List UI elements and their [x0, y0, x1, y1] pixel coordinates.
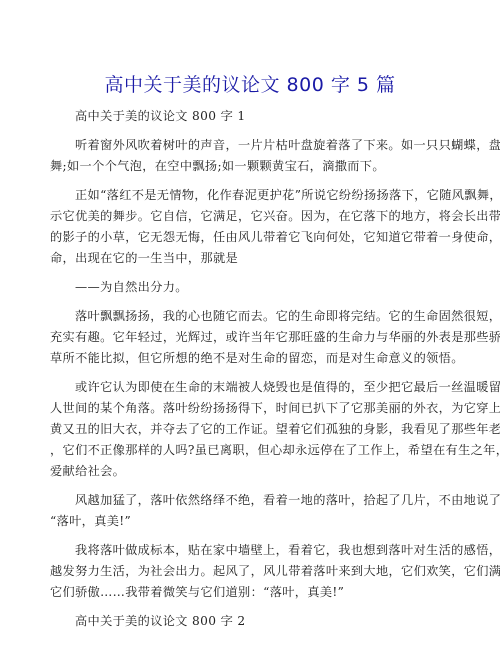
paragraph-line: 舞;如一个个气泡，在空中飘扬;如一颗颗黄宝石，滴撒而下。 [50, 156, 460, 177]
paragraph-line: ，它们不正像那样的人吗?虽已离职，但心却永远停在了工作上，希望在有生之年，把 [50, 440, 460, 461]
paragraph: 风越加猛了，落叶依然络绎不绝，看着一地的落叶，拾起了几片，不由地说了声： “落叶… [50, 490, 460, 532]
document-page: 高中关于美的议论文 800 字 5 篇 高中关于美的议论文 800 字 1 听着… [0, 0, 500, 647]
paragraph-line: 我将落叶做成标本，贴在家中墙壁上，看着它，我也想到落叶对生活的感悟，让我 [50, 540, 460, 561]
paragraph-line: 或许它认为即使在生命的末端被人烧毁也是值得的，至少把它最后一丝温暖留在了 [50, 377, 460, 398]
paragraph: 我将落叶做成标本，贴在家中墙壁上，看着它，我也想到落叶对生活的感悟，让我 越发努… [50, 540, 460, 603]
paragraph-line: 落叶飘飘扬扬，我的心也随它而去。它的生命即将完结。它的生命固然很短，但却 [50, 306, 460, 327]
paragraph-line: 人世间的某个角落。落叶纷纷扬扬得下，时间已扒下了它那美丽的外衣，为它穿上了又 [50, 398, 460, 419]
paragraph-line: 草所不能比拟，但它所想的绝不是对生命的留恋，而是对生命意义的领悟。 [50, 348, 460, 369]
paragraph-line: 风越加猛了，落叶依然络绎不绝，看着一地的落叶，拾起了几片，不由地说了声： [50, 490, 460, 511]
paragraph-line: ——为自然出分力。 [50, 277, 460, 298]
paragraph: 或许它认为即使在生命的末端被人烧毁也是值得的，至少把它最后一丝温暖留在了 人世间… [50, 377, 460, 482]
paragraph-line: 的影子的小草，它无怨无悔，任由风儿带着它飞向何处，它知道它带着一身使命，这使 [50, 227, 460, 248]
paragraph-line: 黄又丑的旧大衣，并夺去了它的工作证。望着它们孤独的身影，我看见了那些年老的人 [50, 419, 460, 440]
document-title: 高中关于美的议论文 800 字 5 篇 [0, 70, 500, 97]
paragraph-line: 正如“落红不是无情物，化作春泥更护花”所说它纷纷扬扬落下，它随风飘舞，展 [50, 185, 460, 206]
paragraph-line: 示它优美的舞步。它自信，它满足，它兴奋。因为，在它落下的地方，将会长出带着它 [50, 206, 460, 227]
paragraph-line: 充实有趣。它年轻过，光辉过，或许当年它那旺盛的生命力与华丽的外表是那些骄花贵 [50, 327, 460, 348]
paragraph-line: 爱献给社会。 [50, 461, 460, 482]
section-heading-text: 高中关于美的议论文 800 字 1 [50, 106, 460, 127]
paragraph-line: 它们骄傲……我带着微笑与它们道别：“落叶，真美!” [50, 582, 460, 603]
paragraph: 正如“落红不是无情物，化作春泥更护花”所说它纷纷扬扬落下，它随风飘舞，展 示它优… [50, 185, 460, 269]
paragraph: 落叶飘飘扬扬，我的心也随它而去。它的生命即将完结。它的生命固然很短，但却 充实有… [50, 306, 460, 369]
document-body: 高中关于美的议论文 800 字 1 听着窗外风吹着树叶的声音，一片片枯叶盘旋着落… [50, 106, 460, 640]
section-heading: 高中关于美的议论文 800 字 2 [50, 611, 460, 632]
section-heading: 高中关于美的议论文 800 字 1 [50, 106, 460, 127]
paragraph-line: 越发努力生活，为社会出力。起风了，风儿带着落叶来到大地，它们欢笑，它们满足， [50, 561, 460, 582]
section-heading-text: 高中关于美的议论文 800 字 2 [50, 611, 460, 632]
paragraph-line: “落叶，真美!” [50, 511, 460, 532]
paragraph: 听着窗外风吹着树叶的声音，一片片枯叶盘旋着落了下来。如一只只蝴蝶，盘旋飞 舞;如… [50, 135, 460, 177]
paragraph: ——为自然出分力。 [50, 277, 460, 298]
paragraph-line: 听着窗外风吹着树叶的声音，一片片枯叶盘旋着落了下来。如一只只蝴蝶，盘旋飞 [50, 135, 460, 156]
paragraph-line: 命，出现在它的一生当中，那就是 [50, 248, 460, 269]
